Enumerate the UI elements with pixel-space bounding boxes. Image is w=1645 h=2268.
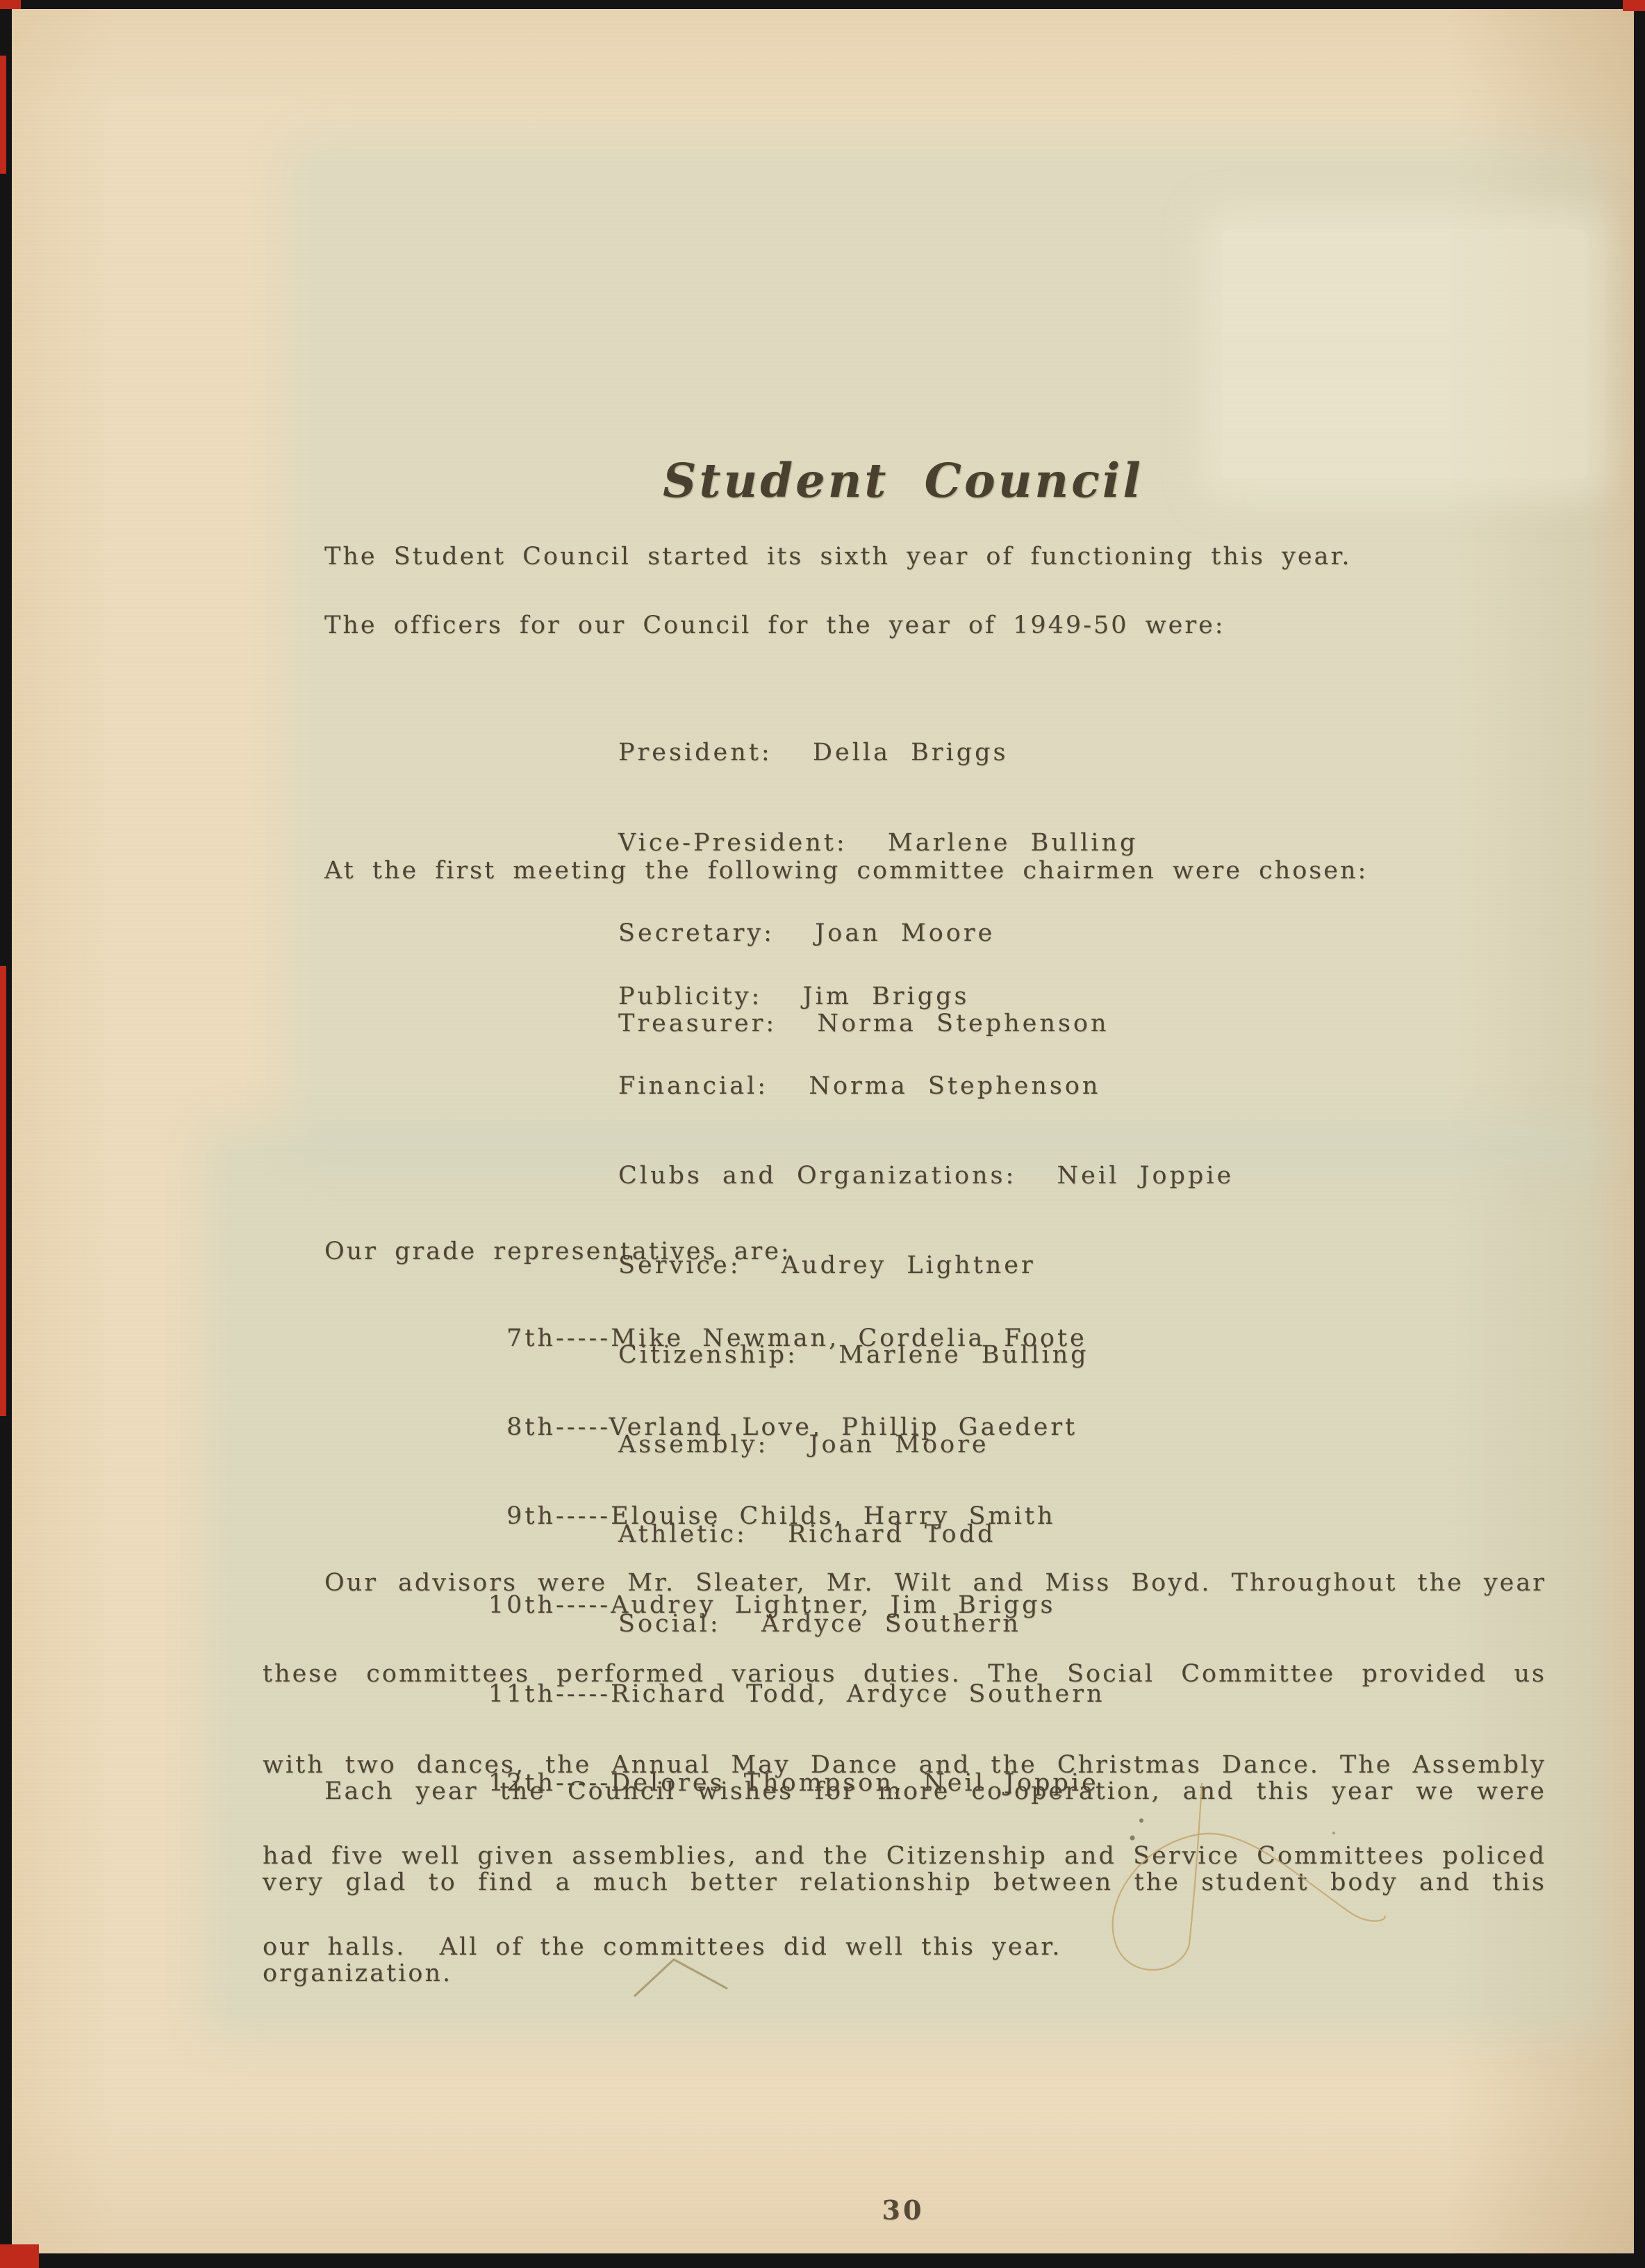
binding-accent-top-right [1623,0,1645,11]
binding-accent-left-upper [0,56,6,174]
book-edge-right [1634,0,1645,2268]
advisors-line: these committees performed various dutie… [263,1657,1546,1692]
closing-line: very glad to find a much better relation… [263,1865,1546,1900]
officer-president: President: Della Briggs [618,735,1138,770]
advisors-line: Our advisors were Mr. Sleater, Mr. Wilt … [263,1566,1546,1601]
committee-clubs-organizations: Clubs and Organizations: Neil Joppie [618,1159,1234,1193]
representatives-intro: Our grade representatives are: [324,1236,791,1267]
page-number: 30 [292,2194,1514,2226]
rep-grade: 7th [445,1322,556,1355]
binding-accent-top-left [0,0,21,9]
closing-paragraph: Each year the Council wishes for more co… [263,1718,1546,2047]
page-title: Student Council [292,453,1514,509]
committee-financial: Financial: Norma Stephenson [618,1069,1234,1103]
yearbook-page-scan: Student Council The Student Council star… [0,0,1645,2268]
binding-accent-left-middle [0,966,6,1416]
rep-names: -----Mike Newman, Cordelia Foote [556,1322,1087,1355]
committees-intro: At the first meeting the following commi… [324,855,1368,886]
rep-grade: 8th [445,1411,556,1444]
closing-line: Each year the Council wishes for more co… [263,1774,1546,1809]
bleedthrough-light-patch [1221,229,1588,479]
rep-row-8th: 8th-----Verland Love, Phillip Gaedert [445,1411,1105,1444]
closing-line: organization. [263,1956,1546,1991]
book-edge-top [0,0,1645,9]
rep-row-7th: 7th-----Mike Newman, Cordelia Foote [445,1322,1105,1355]
rep-names: -----Verland Love, Phillip Gaedert [556,1411,1077,1444]
book-edge-bottom [0,2253,1645,2268]
binding-accent-bottom-left [0,2244,39,2268]
committee-publicity: Publicity: Jim Briggs [618,980,1234,1014]
intro-paragraph: The Student Council started its sixth ye… [324,541,1352,572]
officers-intro: The officers for our Council for the yea… [324,610,1225,641]
